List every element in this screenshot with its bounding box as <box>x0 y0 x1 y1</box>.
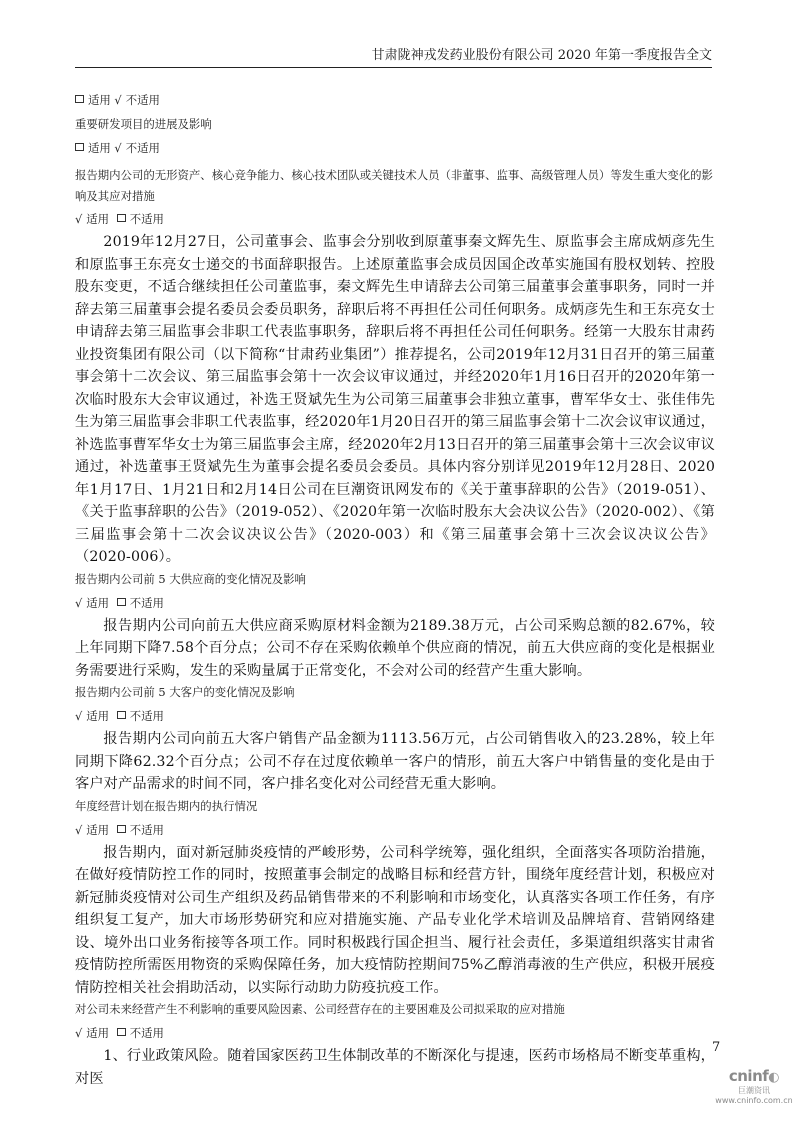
swirl-icon: ◐ <box>768 1070 779 1085</box>
section-paragraph: 报告期内公司向前五大供应商采购原材料金额为2189.38万元，占公司采购总额的8… <box>75 615 715 683</box>
document-body: 适用 √不适用 重要研发项目的进展及影响 适用 √不适用 报告期内公司的无形资产… <box>75 93 715 1090</box>
checkmark-icon: √ <box>75 709 82 723</box>
logo-url: www.cninfo.com.cn <box>714 1096 793 1106</box>
checkmark-icon: √ <box>75 1026 82 1040</box>
checkbox-unchecked-icon <box>117 214 126 222</box>
checkbox-unchecked-icon <box>117 1028 126 1036</box>
section-paragraph: 1、行业政策风险。随着国家医药卫生体制改革的不断深化与提速，医药市场格局不断变革… <box>75 1045 715 1090</box>
applicability-check: √适用 不适用 <box>75 709 715 724</box>
checkbox-unchecked-icon <box>117 711 126 719</box>
checkmark-icon: √ <box>75 823 82 837</box>
logo-chinese-name: 巨潮资讯 <box>714 1086 793 1096</box>
section-paragraph: 报告期内公司向前五大客户销售产品金额为1113.56万元，占公司销售收入的23.… <box>75 728 715 796</box>
checkmark-icon: √ <box>75 212 82 226</box>
checkbox-unchecked-icon <box>117 598 126 606</box>
checkbox-unchecked-icon <box>117 825 126 833</box>
applicability-check: 适用 √不适用 <box>75 141 715 156</box>
section-paragraph: 报告期内，面对新冠肺炎疫情的严峻形势，公司科学统筹，强化组织，全面落实各项防治措… <box>75 842 715 1000</box>
section-title: 对公司未来经营产生不利影响的重要风险因素、公司经营存在的主要困难及公司拟采取的应… <box>75 1002 715 1017</box>
checkmark-icon: √ <box>114 141 121 155</box>
applicability-check: 适用 √不适用 <box>75 93 715 108</box>
applicability-check: √适用 不适用 <box>75 823 715 838</box>
page-header: 甘肃陇神戎发药业股份有限公司 2020 年第一季度报告全文 <box>75 48 712 68</box>
checkbox-unchecked-icon <box>75 143 84 151</box>
section-paragraph: 2019年12月27日，公司董事会、监事会分别收到原董事秦文辉先生、原监事会主席… <box>75 231 715 569</box>
logo-brand: cninf◐ <box>714 1068 793 1086</box>
page-number: 7 <box>712 1040 720 1055</box>
section-title: 报告期内公司前 5 大客户的变化情况及影响 <box>75 685 715 700</box>
checkmark-icon: √ <box>75 596 82 610</box>
checkbox-unchecked-icon <box>75 95 84 103</box>
section-title: 年度经营计划在报告期内的执行情况 <box>75 799 715 814</box>
applicability-check: √适用 不适用 <box>75 212 715 227</box>
section-title: 报告期内公司前 5 大供应商的变化情况及影响 <box>75 572 715 587</box>
applicability-check: √适用 不适用 <box>75 596 715 611</box>
cninfo-logo: cninf◐ 巨潮资讯 www.cninfo.com.cn <box>714 1068 793 1106</box>
checkmark-icon: √ <box>114 93 121 107</box>
applicability-check: √适用 不适用 <box>75 1026 715 1041</box>
header-title: 甘肃陇神戎发药业股份有限公司 2020 年第一季度报告全文 <box>372 48 712 63</box>
section-title: 报告期内公司的无形资产、核心竞争能力、核心技术团队或关键技术人员（非董事、监事、… <box>75 165 715 207</box>
section-title: 重要研发项目的进展及影响 <box>75 117 715 132</box>
